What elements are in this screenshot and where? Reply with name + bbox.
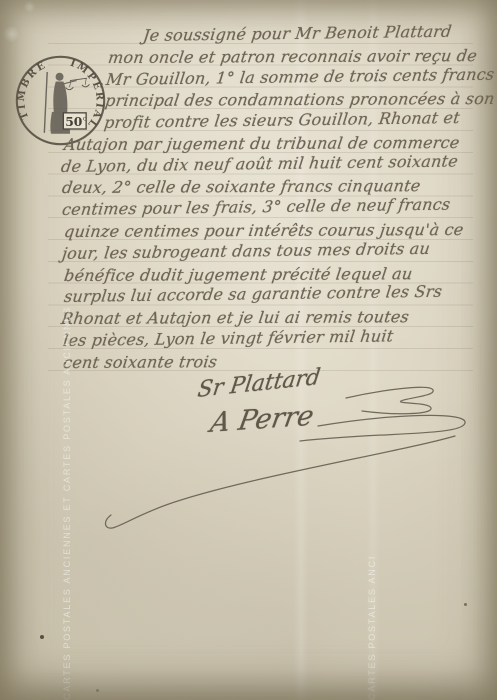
timbre-imperial-stamp: TIMBRE IMPÉRIAL [13,53,108,148]
manuscript-line: cent soixante trois [62,352,218,372]
stamp-graphic: TIMBRE IMPÉRIAL [13,53,108,148]
stamp-unit: c [83,115,87,122]
signature-perre: A Perre [208,400,316,439]
manuscript-line: deux, 2° celle de soixante francs cinqua… [61,176,422,197]
stamp-value: 50 [65,114,83,129]
paper-stain [23,1,36,12]
manuscript-line: jour, les subrogeant dans tous mes droit… [61,239,431,263]
stamp-text-timbre: TIMBRE [16,59,49,120]
manuscript-line: mon oncle et patron reconnais avoir reçu… [107,46,478,67]
ink-speck [96,689,99,692]
manuscript-line: Mr Gouillon, 1° la somme de trois cents … [105,64,497,89]
scales-icon [66,78,90,90]
manuscript-line: profit contre les sieurs Gouillon, Rhona… [103,108,461,132]
manuscript-line: les pièces, Lyon le vingt février mil hu… [62,326,395,350]
ink-speck [464,603,467,606]
paper-stain [3,25,19,43]
manuscript-line: principal des condamnations prononcées à… [104,89,496,110]
staff-icon [44,72,47,133]
manuscript-line: Rhonat et Autajon et je lui ai remis tou… [60,307,410,328]
manuscript-line: de Lyon, du dix neuf août mil huit cent … [60,151,459,176]
document-page: TIMBRE IMPÉRIAL [0,0,497,700]
stamp-value-box: 50 c [63,113,86,129]
manuscript-line: Je soussigné pour Mr Benoit Plattard [142,22,453,45]
svg-text:TIMBRE: TIMBRE [16,59,49,120]
manuscript-line: Autajon par jugement du tribunal de comm… [63,133,461,154]
manuscript-line: centimes pour les frais, 3° celle de neu… [61,195,452,219]
ink-speck [40,635,44,639]
watermark-right: CARTES POSTALES ANCIENNES [365,555,380,700]
manuscript-line: surplus lui accorde sa garantie contre l… [63,282,443,306]
manuscript-line: quinze centimes pour intérêts courus jus… [63,220,465,241]
